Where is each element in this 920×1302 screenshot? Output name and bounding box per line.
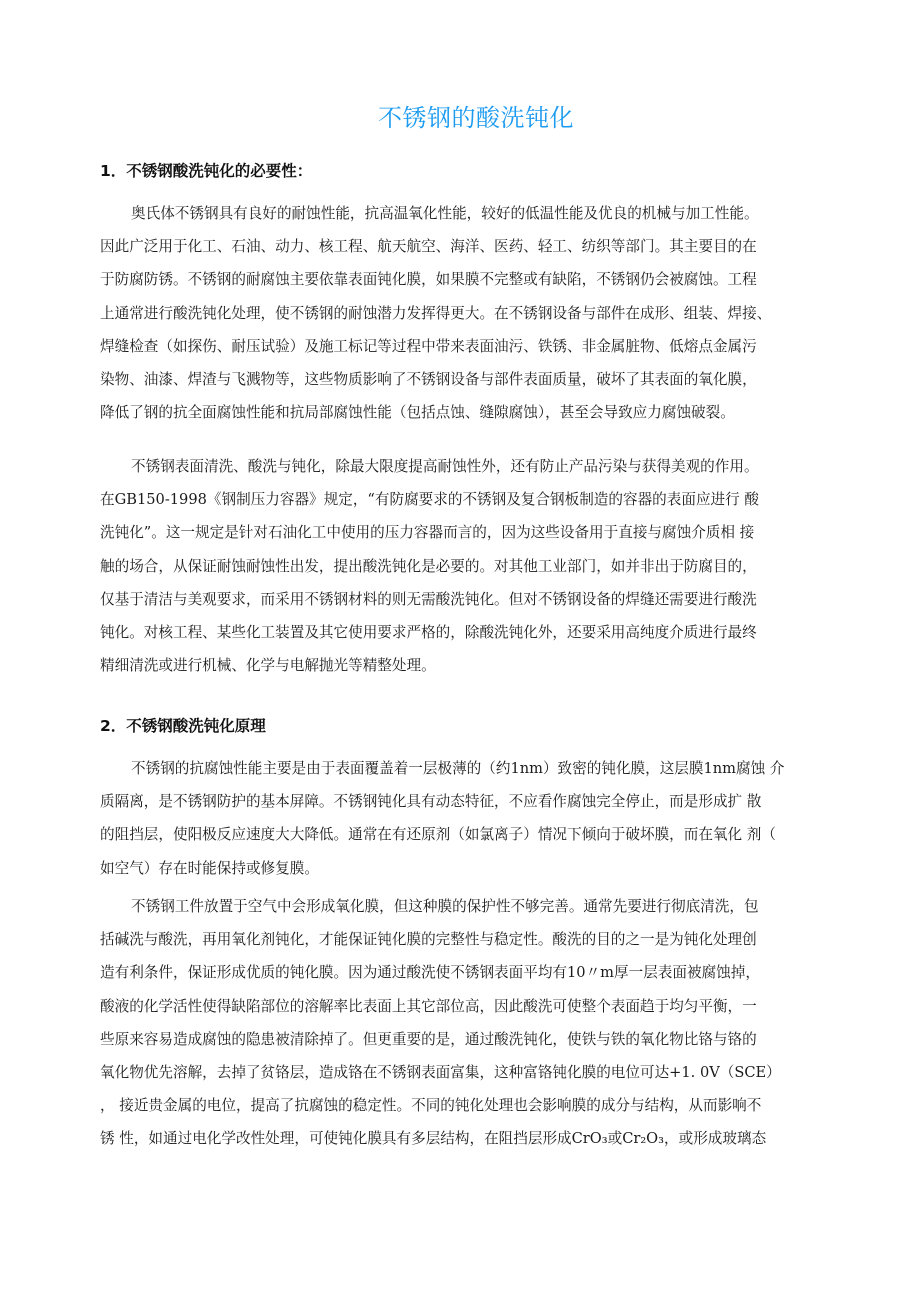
paragraph-line: 触的场合，从保证耐蚀耐蚀性出发，提出酸洗钝化是必要的。对其他工业部门，如并非出于…: [100, 550, 852, 583]
paragraph-line: 造有利条件，保证形成优质的钝化膜。因为通过酸洗使不锈钢表面平均有10〃m厚一层表…: [100, 956, 852, 989]
paragraph-line: ， 接近贵金属的电位，提高了抗腐蚀的稳定性。不同的钝化处理也会影响膜的成分与结构…: [100, 1089, 852, 1122]
paragraph-line: 上通常进行酸洗钝化处理，使不锈钢的耐蚀潜力发挥得更大。在不锈钢设备与部件在成形、…: [100, 297, 852, 330]
paragraph-line: 钝化。对核工程、某些化工装置及其它使用要求严格的，除酸洗钝化外，还要采用高纯度介…: [100, 616, 852, 649]
section-heading-principle: 2．不锈钢酸洗钝化原理: [100, 714, 852, 738]
paragraph-line: 洗钝化”。这一规定是针对石油化工中使用的压力容器而言的，因为这些设备用于直接与腐…: [100, 516, 852, 549]
paragraph-line: 精细清洗或进行机械、化学与电解抛光等精整处理。: [100, 649, 852, 682]
paragraph-line: 焊缝检查（如探伤、耐压试验）及施工标记等过程中带来表面油污、铁锈、非金属脏物、低…: [100, 330, 852, 363]
paragraph-line: 因此广泛用于化工、石油、动力、核工程、航天航空、海洋、医药、轻工、纺织等部门。其…: [100, 230, 852, 263]
paragraph-austenitic-intro: 奥氏体不锈钢具有良好的耐蚀性能，抗高温氧化性能，较好的低温性能及优良的机械与加工…: [100, 197, 852, 429]
paragraph-line: 的阻挡层，使阳极反应速度大大降低。通常在有还原剂（如氯离子）情况下倾向于破坏膜，…: [100, 818, 852, 851]
paragraph-line: 仅基于清洁与美观要求，而采用不锈钢材料的则无需酸洗钝化。但对不锈钢设备的焊缝还需…: [100, 583, 852, 616]
paragraph-line: 氧化物优先溶解，去掉了贫铬层，造成铬在不锈钢表面富集，这种富铬钝化膜的电位可达+…: [100, 1056, 852, 1089]
paragraph-line: 奥氏体不锈钢具有良好的耐蚀性能，抗高温氧化性能，较好的低温性能及优良的机械与加工…: [100, 197, 852, 230]
paragraph-line: 括碱洗与酸洗，再用氧化剂钝化，才能保证钝化膜的完整性与稳定性。酸洗的目的之一是为…: [100, 923, 852, 956]
paragraph-line: 染物、油漆、焊渣与飞溅物等，这些物质影响了不锈钢设备与部件表面质量，破坏了其表面…: [100, 363, 852, 396]
paragraph-line: 锈 性，如通过电化学改性处理，可使钝化膜具有多层结构，在阻挡层形成CrO₃或Cr…: [100, 1122, 852, 1155]
paragraph-pickling-purpose: 不锈钢工件放置于空气中会形成氧化膜，但这种膜的保护性不够完善。通常先要进行彻底清…: [100, 890, 852, 1156]
paragraph-line: 不锈钢的抗腐蚀性能主要是由于表面覆盖着一层极薄的（约1nm）致密的钝化膜，这层膜…: [100, 752, 852, 785]
paragraph-line: 些原来容易造成腐蚀的隐患被清除掉了。但更重要的是，通过酸洗钝化，使铁与铁的氧化物…: [100, 1023, 852, 1056]
paragraph-cleaning-requirements: 不锈钢表面清洗、酸洗与钝化，除最大限度提高耐蚀性外，还有防止产品污染与获得美观的…: [100, 450, 852, 682]
document-title: 不锈钢的酸洗钝化: [100, 100, 852, 136]
section-heading-necessity: 1．不锈钢酸洗钝化的必要性：: [100, 159, 852, 183]
paragraph-line: 在GB150-1998《钢制压力容器》规定，“有防腐要求的不锈钢及复合钢板制造的…: [100, 483, 852, 516]
paragraph-line: 质隔离，是不锈钢防护的基本屏障。不锈钢钝化具有动态特征，不应看作腐蚀完全停止，而…: [100, 785, 852, 818]
paragraph-passive-film: 不锈钢的抗腐蚀性能主要是由于表面覆盖着一层极薄的（约1nm）致密的钝化膜，这层膜…: [100, 752, 852, 885]
paragraph-line: 如空气）存在时能保持或修复膜。: [100, 852, 852, 885]
paragraph-line: 不锈钢表面清洗、酸洗与钝化，除最大限度提高耐蚀性外，还有防止产品污染与获得美观的…: [100, 450, 852, 483]
paragraph-line: 不锈钢工件放置于空气中会形成氧化膜，但这种膜的保护性不够完善。通常先要进行彻底清…: [100, 890, 852, 923]
paragraph-line: 酸液的化学活性使得缺陷部位的溶解率比表面上其它部位高，因此酸洗可使整个表面趋于均…: [100, 990, 852, 1023]
paragraph-line: 降低了钢的抗全面腐蚀性能和抗局部腐蚀性能（包括点蚀、缝隙腐蚀），甚至会导致应力腐…: [100, 396, 852, 429]
paragraph-line: 于防腐防锈。不锈钢的耐腐蚀主要依靠表面钝化膜，如果膜不完整或有缺陷，不锈钢仍会被…: [100, 263, 852, 296]
